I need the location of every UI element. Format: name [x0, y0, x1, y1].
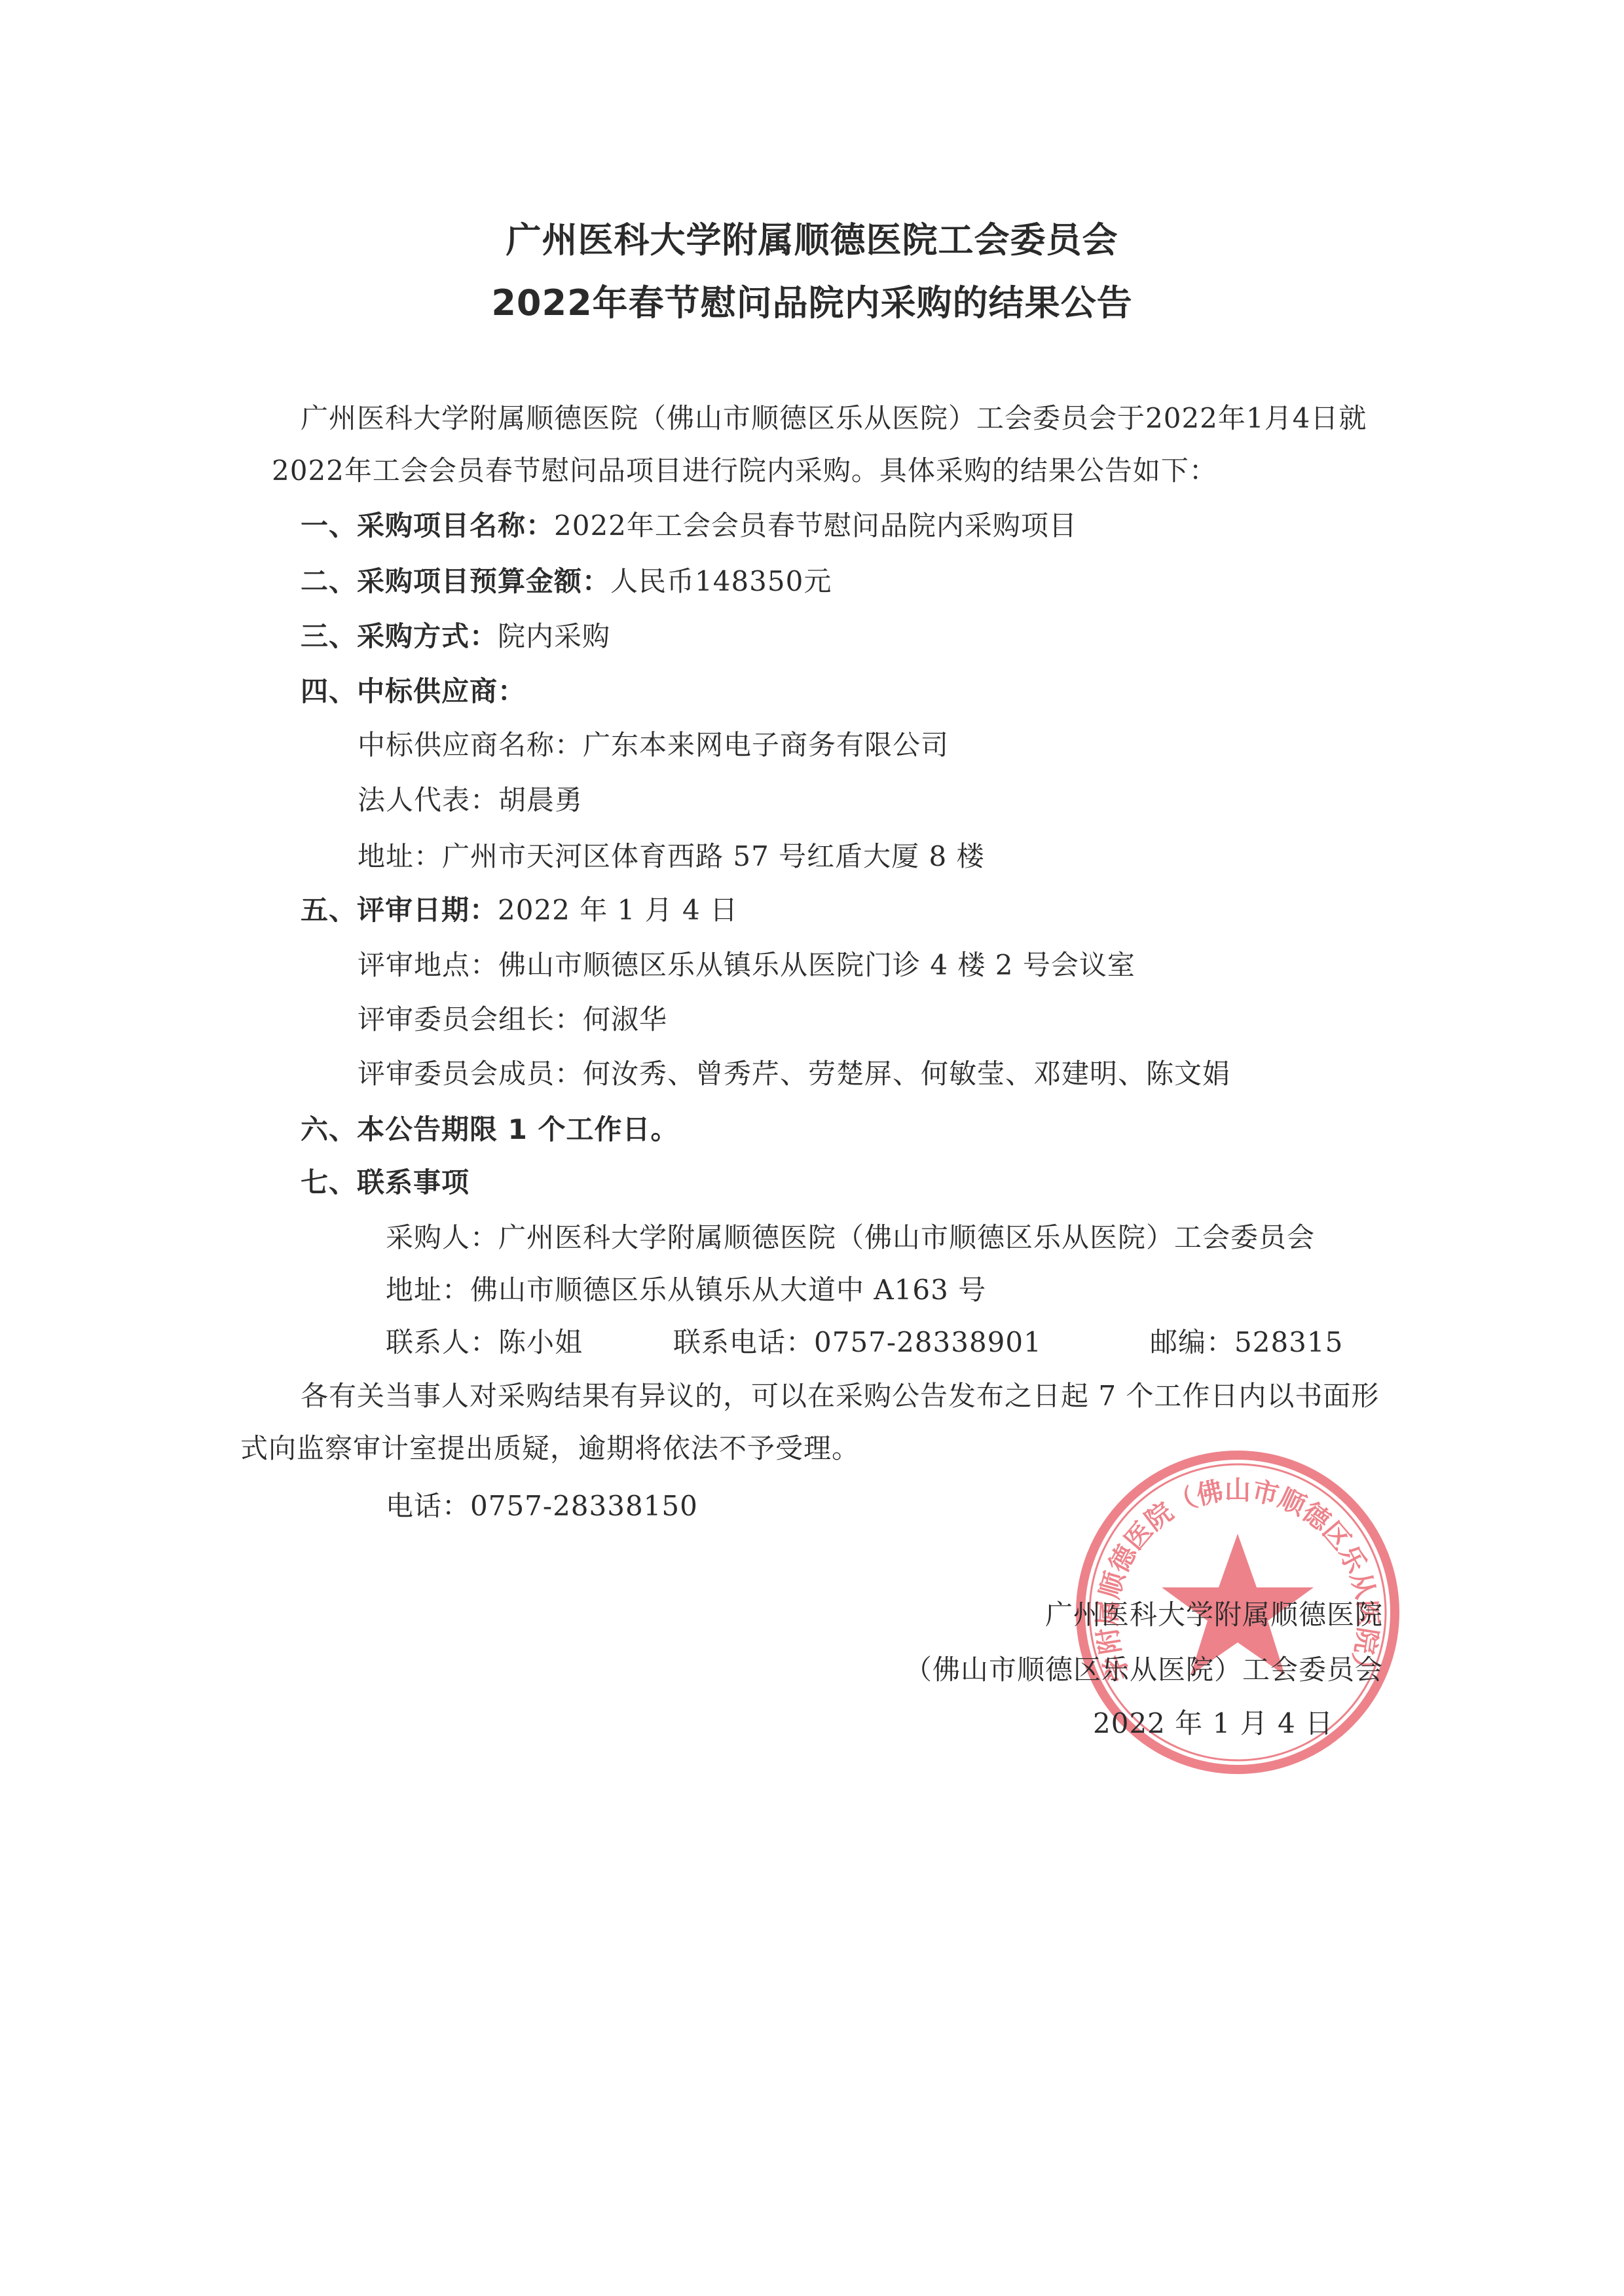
section-6: 六、本公告期限 1 个工作日。	[301, 1115, 678, 1144]
supplier-name: 中标供应商名称：广东本来网电子商务有限公司	[358, 731, 949, 760]
legal-representative: 法人代表：胡晨勇	[358, 786, 583, 815]
intro-line-1: 广州医科大学附属顺德医院（佛山市顺德区乐从医院）工会委员会于2022年1月4日就	[301, 404, 1367, 433]
contact-person: 联系人：陈小姐	[386, 1328, 583, 1357]
purchaser-address: 地址：佛山市顺德区乐从镇乐从大道中 A163 号	[386, 1276, 986, 1305]
purchaser: 采购人：广州医科大学附属顺德医院（佛山市顺德区乐从医院）工会委员会	[386, 1223, 1315, 1252]
section-5-value: 2022 年 1 月 4 日	[498, 894, 738, 926]
section-5: 五、评审日期：2022 年 1 月 4 日	[301, 896, 738, 925]
section-2-value: 人民币148350元	[610, 565, 832, 597]
section-5-label: 五、评审日期：	[301, 894, 498, 926]
section-3: 三、采购方式：院内采购	[301, 622, 610, 651]
section-2-label: 二、采购项目预算金额：	[301, 565, 610, 597]
contact-phone: 联系电话：0757-28338901	[673, 1328, 1042, 1357]
section-1-label: 一、采购项目名称：	[301, 509, 554, 542]
review-location: 评审地点：佛山市顺德区乐从镇乐从医院门诊 4 楼 2 号会议室	[358, 951, 1135, 980]
section-4-label: 四、中标供应商：	[301, 677, 526, 706]
document-page: 广州医科大学附属顺德医院工会委员会 2022年春节慰问品院内采购的结果公告 广州…	[0, 0, 1624, 2296]
section-3-value: 院内采购	[498, 620, 610, 652]
objection-line-2: 式向监察审计室提出质疑，逾期将依法不予受理。	[240, 1434, 860, 1463]
section-2: 二、采购项目预算金额：人民币148350元	[301, 567, 832, 596]
title-line-1: 广州医科大学附属顺德医院工会委员会	[0, 221, 1624, 260]
intro-line-2: 2022年工会会员春节慰问品项目进行院内采购。具体采购的结果公告如下：	[272, 456, 1217, 485]
signature-date: 2022 年 1 月 4 日	[1093, 1709, 1333, 1738]
section-1-value: 2022年工会会员春节慰问品院内采购项目	[554, 509, 1077, 542]
title-line-2: 2022年春节慰问品院内采购的结果公告	[0, 284, 1624, 323]
objection-phone: 电话：0757-28338150	[386, 1492, 698, 1521]
postcode: 邮编：528315	[1150, 1328, 1343, 1357]
objection-line-1: 各有关当事人对采购结果有异议的，可以在采购公告发布之日起 7 个工作日内以书面形	[301, 1382, 1379, 1411]
supplier-address: 地址：广州市天河区体育西路 57 号红盾大厦 8 楼	[358, 842, 985, 871]
section-7-label: 七、联系事项	[301, 1168, 470, 1197]
review-members: 评审委员会成员：何汝秀、曾秀芹、劳楚屏、何敏莹、邓建明、陈文娟	[358, 1060, 1230, 1088]
section-1: 一、采购项目名称：2022年工会会员春节慰问品院内采购项目	[301, 511, 1077, 540]
section-3-label: 三、采购方式：	[301, 620, 498, 652]
review-leader: 评审委员会组长：何淑华	[358, 1005, 667, 1034]
signature-org-line-1: 广州医科大学附属顺德医院	[1045, 1601, 1383, 1629]
signature-org-line-2: （佛山市顺德区乐从医院）工会委员会	[904, 1656, 1383, 1684]
